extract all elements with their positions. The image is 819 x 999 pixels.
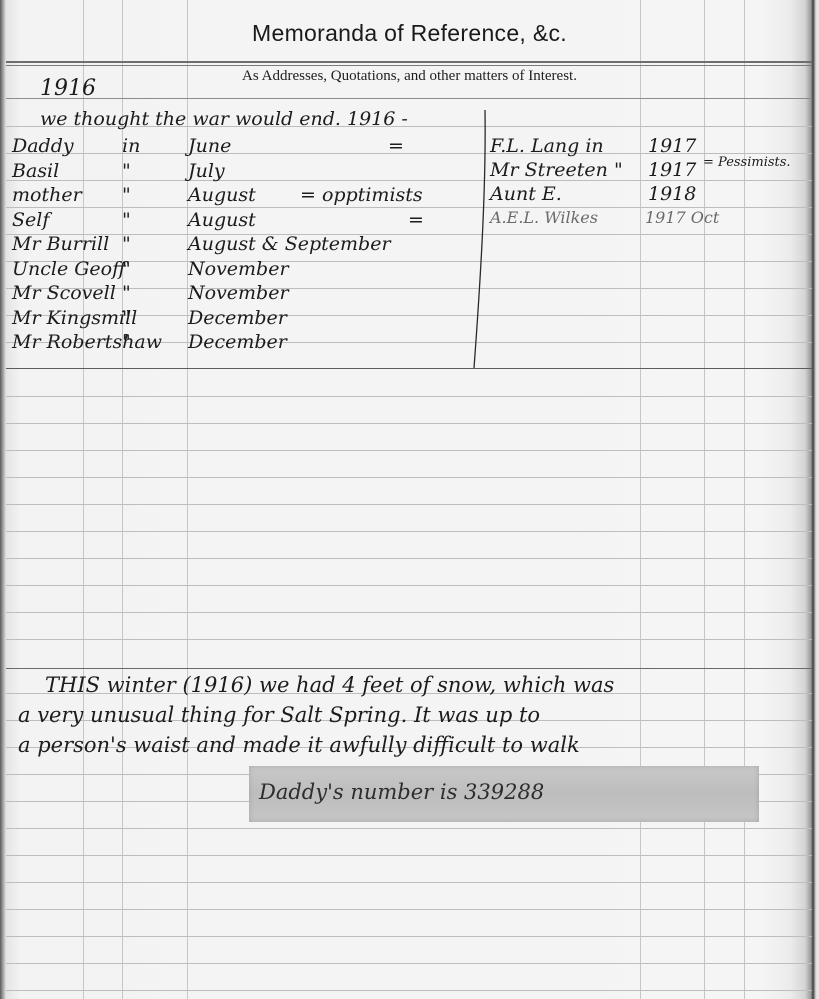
winter-note-line: a very unusual thing for Salt Spring. It… (18, 704, 540, 726)
optimist-name: Basil (12, 160, 59, 182)
pessimist-name: A.E.L. Wilkes (490, 207, 598, 229)
winter-note-line: a person's waist and made it awfully dif… (18, 734, 580, 756)
optimist-name: Daddy (12, 135, 74, 157)
pessimist-year: 1917 (648, 159, 696, 181)
optimist-month: August & September (188, 233, 391, 255)
optimist-month: November (188, 282, 289, 304)
optimist-ditto: " (122, 331, 131, 353)
pessimist-name: Aunt E. (490, 183, 562, 205)
optimist-mark: = (388, 135, 404, 157)
pessimists-label: = Pessimists. (703, 152, 791, 174)
entry-intro: we thought the war would end. 1916 - (40, 108, 408, 130)
ledger-page: Memoranda of Reference, &c. As Addresses… (0, 0, 819, 999)
pessimist-year: 1917 Oct (645, 207, 719, 229)
optimist-ditto: " (122, 160, 131, 182)
optimist-ditto: " (122, 258, 131, 280)
optimist-name: Mr Burrill (12, 233, 109, 255)
optimist-name: Self (12, 209, 49, 231)
pessimist-name: Mr Streeten " (490, 159, 623, 181)
optimist-month: December (188, 331, 287, 353)
optimist-ditto: " (122, 184, 131, 206)
optimist-month: November (188, 258, 289, 280)
optimist-ditto: " (122, 307, 131, 329)
optimist-name: Mr Robertshaw (12, 331, 162, 353)
pessimist-year: 1917 (648, 135, 696, 157)
optimist-month: July (188, 160, 225, 182)
optimist-name: Mr Scovell (12, 282, 116, 304)
daddy-number-strip: Daddy's number is 339288 (249, 766, 759, 822)
pessimist-year: 1918 (648, 183, 696, 205)
entry-year: 1916 (40, 78, 96, 100)
optimist-name: mother (12, 184, 82, 206)
optimist-ditto: " (122, 209, 131, 231)
optimist-mark: = opptimists (300, 184, 423, 206)
optimist-ditto: " (122, 233, 131, 255)
optimist-name: Mr Kingsmill (12, 307, 137, 329)
optimist-month: August (188, 209, 256, 231)
daddy-number-text: Daddy's number is 339288 (259, 781, 544, 803)
optimist-ditto: " (122, 282, 131, 304)
optimist-month: August (188, 184, 256, 206)
optimist-mark: = (408, 209, 424, 231)
pessimist-name: F.L. Lang in (490, 135, 604, 157)
optimist-month: June (188, 135, 231, 157)
optimist-month: December (188, 307, 287, 329)
optimist-ditto: in (122, 135, 140, 157)
optimist-name: Uncle Geoff (12, 258, 126, 280)
winter-note-line: THIS winter (1916) we had 4 feet of snow… (45, 674, 614, 696)
